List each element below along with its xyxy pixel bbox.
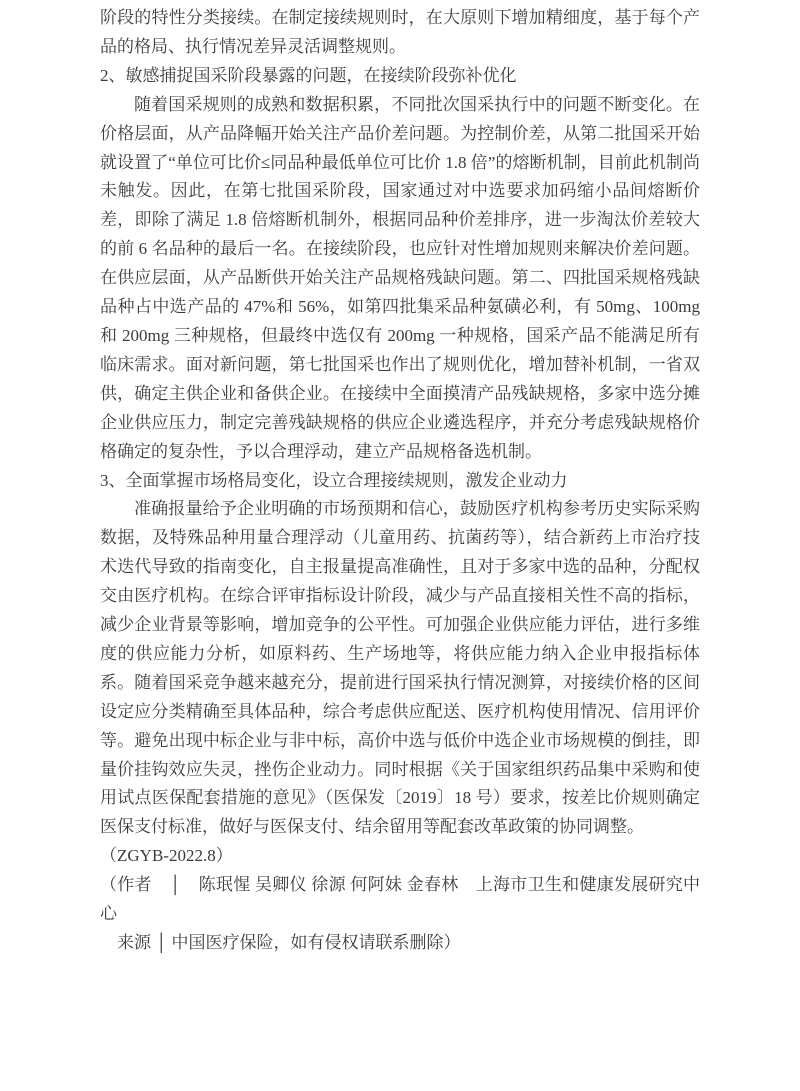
document-page: 阶段的特性分类接续。在制定接续规则时，在大原则下增加精细度，基于每个产品的格局、…	[0, 0, 800, 1091]
section-heading-3: 3、全面掌握市场格局变化，设立合理接续规则，激发企业动力	[100, 467, 700, 496]
paragraph-section-2: 随着国采规则的成熟和数据积累，不同批次国采执行中的问题不断变化。在价格层面，从产…	[100, 91, 700, 467]
paragraph-section-3: 准确报量给予企业明确的市场预期和信心，鼓励医疗机构参考历史实际采购数据，及特殊品…	[100, 495, 700, 842]
source-line: 来源 │ 中国医疗保险，如有侵权请联系删除）	[100, 929, 700, 958]
paragraph-continued: 阶段的特性分类接续。在制定接续规则时，在大原则下增加精细度，基于每个产品的格局、…	[100, 4, 700, 62]
author-line: （作者 │ 陈珉惺 吴卿仪 徐源 何阿妹 金春林 上海市卫生和健康发展研究中心	[100, 871, 700, 929]
reference-code-line: （ZGYB-2022.8）	[100, 842, 700, 871]
section-heading-2: 2、敏感捕捉国采阶段暴露的问题，在接续阶段弥补优化	[100, 62, 700, 91]
article-text-block: 阶段的特性分类接续。在制定接续规则时，在大原则下增加精细度，基于每个产品的格局、…	[100, 4, 700, 958]
